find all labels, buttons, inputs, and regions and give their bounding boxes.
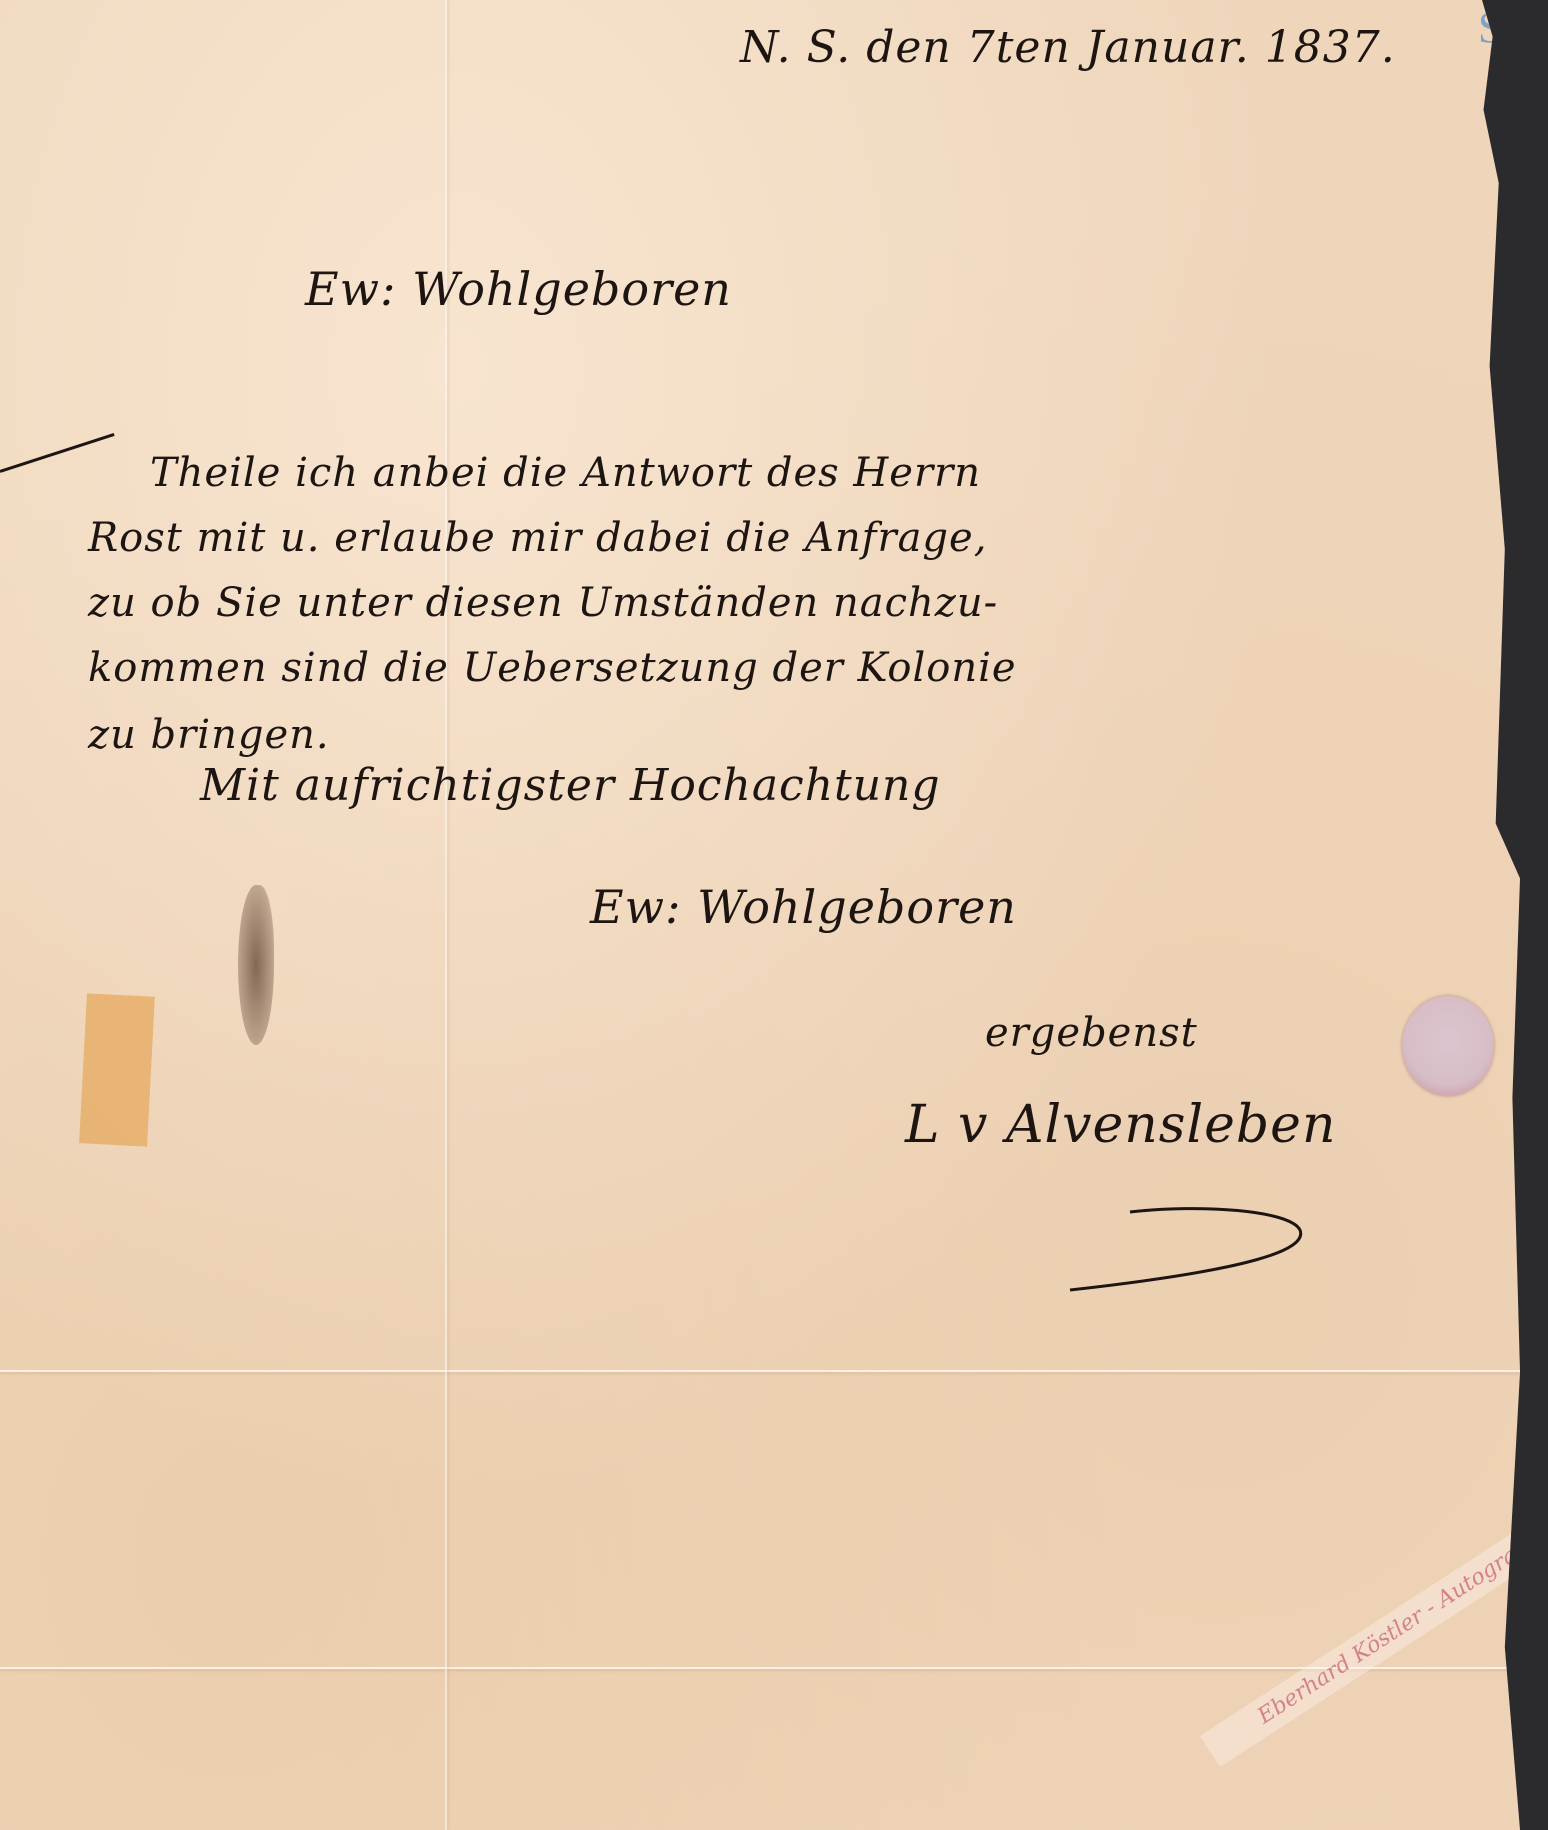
tape-stain (79, 993, 155, 1146)
wax-seal-remnant (1402, 996, 1494, 1096)
dateline: N. S. den 7ten Januar. 1837. (740, 22, 1396, 73)
closing-address: Ew: Wohlgeboren (590, 880, 1017, 934)
valediction: ergebenst (985, 1010, 1198, 1056)
margin-dash-mark (0, 433, 115, 473)
body-line: kommen sind die Uebersetzung der Kolonie (88, 645, 1017, 691)
ink-smudge (238, 885, 274, 1045)
salutation: Ew: Wohlgeboren (305, 262, 732, 316)
fold-line-horizontal (0, 1667, 1520, 1669)
fold-line-horizontal (0, 1370, 1520, 1372)
body-line: Rost mit u. erlaube mir dabei die Anfrag… (88, 515, 987, 561)
dealer-watermark: Eberhard Köstler - Autographen & Bücher (1200, 1413, 1548, 1767)
letter-paper: N. S. den 7ten Januar. 1837. S Ew: Wohlg… (0, 0, 1520, 1830)
body-line: Theile ich anbei die Antwort des Herrn (150, 450, 981, 496)
closing-line: Mit aufrichtigster Hochachtung (200, 760, 941, 811)
body-line: zu bringen. (88, 712, 330, 758)
signature: L v Alvensleben (905, 1095, 1336, 1155)
signature-flourish-icon (1050, 1190, 1350, 1300)
body-line: zu ob Sie unter diesen Umständen nachzu- (88, 580, 998, 626)
corner-mark: S (1478, 2, 1502, 53)
